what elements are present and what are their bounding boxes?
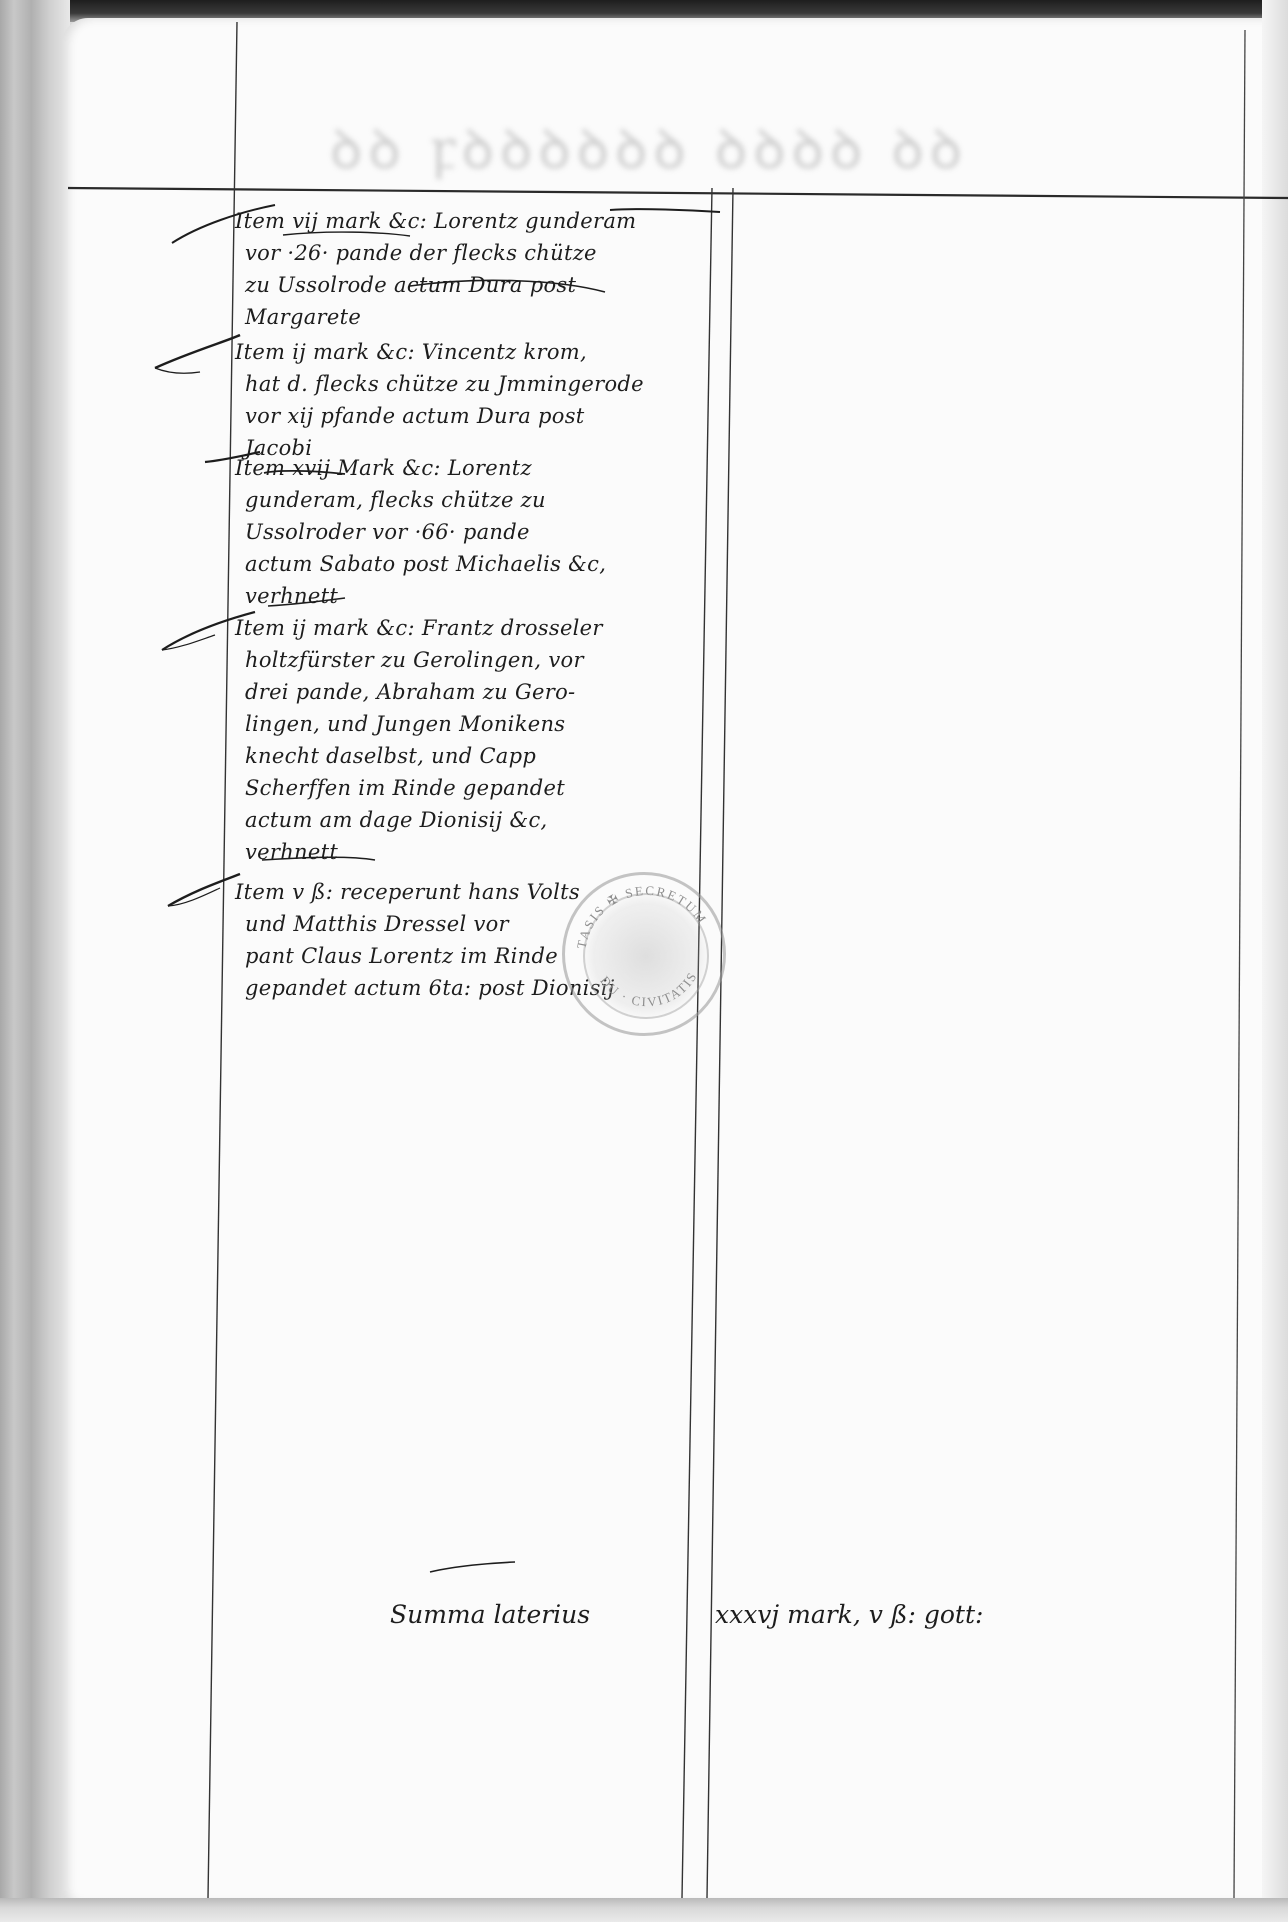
ledger-entry-2: Item ij mark &c: Vincentz krom, hat d. f… bbox=[245, 336, 725, 464]
svg-text:TASIS ✠ SECR: TASIS ✠ SECRETUM bbox=[574, 883, 711, 950]
entry-line: lingen, und Jungen Monikens bbox=[245, 708, 725, 740]
entry-line: holtzfürster zu Gerolingen, vor bbox=[245, 644, 725, 676]
ledger-entry-1: Item vij mark &c: Lorentz gunderam vor ·… bbox=[245, 205, 725, 333]
left-margin-rule bbox=[208, 22, 237, 1898]
entry-line: zu Ussolrode actum Dura post bbox=[245, 269, 725, 301]
seal-legend: TASIS ✠ SECRETUM DU · CIVITATIS bbox=[565, 875, 729, 1039]
summary-label: Summa laterius bbox=[390, 1600, 590, 1629]
entry-line: Item ij mark &c: Frantz drosseler bbox=[235, 612, 725, 644]
entry-line: Scherffen im Rinde gepandet bbox=[245, 772, 725, 804]
entry-line: vor xij pfande actum Dura post bbox=[245, 400, 725, 432]
seal-legend-fragment: CIVITATIS bbox=[630, 968, 700, 1009]
entry-line: vor ·26· pande der flecks chütze bbox=[245, 237, 725, 269]
entry-line: hat d. flecks chütze zu Jmmingerode bbox=[245, 368, 725, 400]
header-rule bbox=[68, 188, 1288, 198]
archive-seal-stamp: TASIS ✠ SECRETUM DU · CIVITATIS bbox=[562, 872, 726, 1036]
seal-legend-fragment: SECRETUM bbox=[623, 883, 710, 927]
entry-line: Ussolroder vor ·66· pande bbox=[245, 516, 725, 548]
entry-line: actum am dage Dionisij &c, bbox=[245, 804, 725, 836]
right-margin-rule bbox=[1234, 30, 1245, 1898]
seal-legend-fragment: TASIS bbox=[574, 902, 609, 950]
entry-line: knecht daselbst, und Capp bbox=[245, 740, 725, 772]
entry-line: gunderam, flecks chütze zu bbox=[245, 484, 725, 516]
entry-line: Item xvij Mark &c: Lorentz bbox=[235, 452, 725, 484]
entry-line: drei pande, Abraham zu Gero- bbox=[245, 676, 725, 708]
entry-line: verhnett bbox=[245, 580, 725, 612]
ledger-entry-4: Item ij mark &c: Frantz drosseler holtzf… bbox=[245, 612, 725, 868]
ledger-entry-3: Item xvij Mark &c: Lorentz gunderam, fle… bbox=[245, 452, 725, 612]
seal-legend-fragment: DU bbox=[597, 973, 623, 999]
entry-line: Item ij mark &c: Vincentz krom, bbox=[235, 336, 725, 368]
summary-amount: xxxvj mark, v ß: gott: bbox=[715, 1600, 983, 1629]
svg-text:DU · CIVITAT: DU · CIVITATIS bbox=[597, 968, 700, 1009]
entry-line: Margarete bbox=[245, 301, 725, 333]
entry-line: actum Sabato post Michaelis &c, bbox=[245, 548, 725, 580]
entry-line: verhnett bbox=[245, 836, 725, 868]
entry-line: Item vij mark &c: Lorentz gunderam bbox=[235, 205, 725, 237]
